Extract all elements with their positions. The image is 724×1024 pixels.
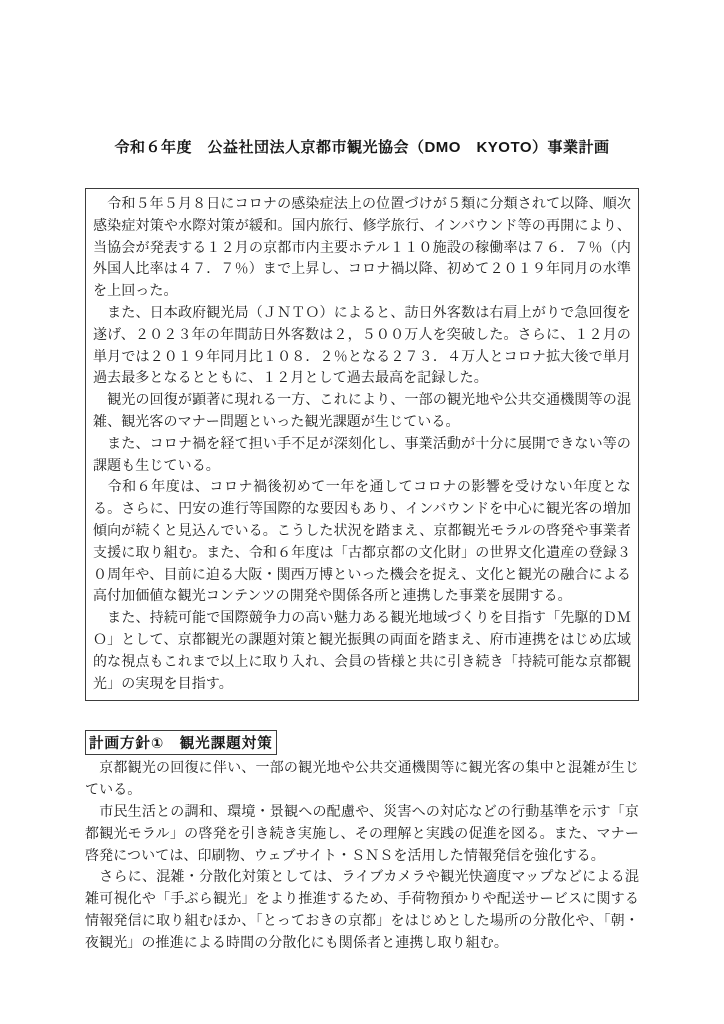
overview-paragraph-6: また、持続可能で国際競争力の高い魅力ある観光地域づくりを目指す「先駆的ＤＭＯ」と… (93, 608, 631, 695)
overview-box: 令和５年５月８日にコロナの感染症法上の位置づけが５類に分類されて以降、順次感染症… (85, 188, 639, 701)
document-title: 令和６年度 公益社団法人京都市観光協会（DMO KYOTO）事業計画 (0, 0, 724, 157)
document-body: 令和５年５月８日にコロナの感染症法上の位置づけが５類に分類されて以降、順次感染症… (85, 188, 639, 955)
section-body-policy-1: 京都観光の回復に伴い、一部の観光地や公共交通機関等に観光客の集中と混雑が生じてい… (85, 758, 639, 954)
overview-paragraph-1: 令和５年５月８日にコロナの感染症法上の位置づけが５類に分類されて以降、順次感染症… (93, 194, 631, 303)
overview-paragraph-5: 令和６年度は、コロナ禍後初めて一年を通してコロナの影響を受けない年度となる。さら… (93, 477, 631, 608)
section-heading-policy-1: 計画方針① 観光課題対策 (85, 730, 277, 755)
section-paragraph-3: さらに、混雑・分散化対策としては、ライブカメラや観光快適度マップなどによる混雑可… (85, 867, 639, 954)
section-paragraph-2: 市民生活との調和、環境・景観への配慮や、災害への対応などの行動基準を示す「京都観… (85, 802, 639, 867)
overview-paragraph-3: 観光の回復が顕著に現れる一方、これにより、一部の観光地や公共交通機関等の混雑、観… (93, 390, 631, 434)
document-page: 令和６年度 公益社団法人京都市観光協会（DMO KYOTO）事業計画 令和５年５… (0, 0, 724, 1024)
section-policy-1: 計画方針① 観光課題対策 京都観光の回復に伴い、一部の観光地や公共交通機関等に観… (85, 701, 639, 954)
overview-paragraph-4: また、コロナ禍を経て担い手不足が深刻化し、事業活動が十分に展開できない等の課題も… (93, 434, 631, 478)
overview-paragraph-2: また、日本政府観光局（ＪＮＴＯ）によると、訪日外客数は右肩上がりで急回復を遂げ、… (93, 303, 631, 390)
section-paragraph-1: 京都観光の回復に伴い、一部の観光地や公共交通機関等に観光客の集中と混雑が生じてい… (85, 758, 639, 802)
